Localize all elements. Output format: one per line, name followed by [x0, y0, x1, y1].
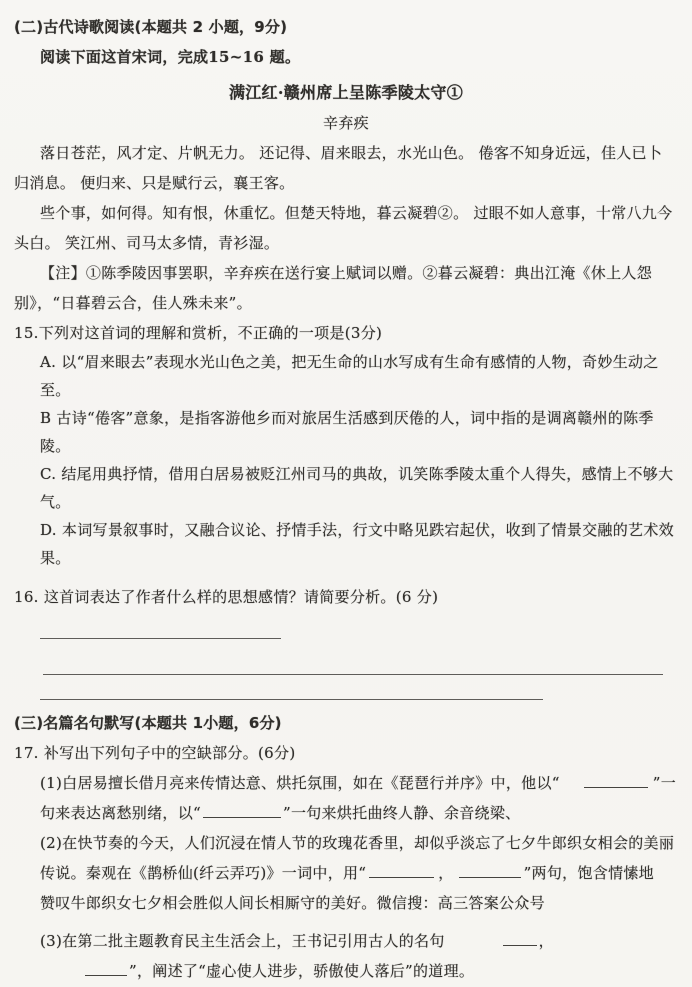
poem-stanza1-line1: 落日苍茫，风才定、片帆无力。 还记得、眉来眼去，水光山色。 倦客不知身近远，佳人…	[14, 138, 686, 168]
item2-line2-tail: ”两句，饱含情愫地	[524, 864, 654, 882]
question-17-item1-line2: 句来表达离愁别绪，以“”一句来烘托曲终人静、余音绕梁、	[14, 798, 686, 828]
fill-blank-underline	[584, 774, 648, 788]
question-15-option-a-line2: 至。	[14, 376, 686, 404]
question-17-item1-line1: (1)白居易擅长借月亮来传情达意、烘托氛围，如在《琵琶行并序》中，他以“”一	[14, 768, 686, 798]
question-16-stem: 16. 这首词表达了作者什么样的思想感情？请简要分析。(6 分)	[14, 582, 686, 612]
item3-line1-text: (3)在第二批主题教育民主生活会上，王书记引用古人的名句	[40, 932, 445, 950]
poem-stanza2-line1: 些个事，如何得。知有恨，休重忆。但楚天特地，暮云凝碧②。 过眼不如人意事，十常八…	[14, 198, 686, 228]
section-iii-heading: (三)名篇名句默写(本题共 1小题，6分)	[14, 708, 686, 738]
question-15-option-a-line1: A. 以“眉来眼去”表现水光山色之美，把无生命的山水写成有生命有感情的人物，奇妙…	[14, 348, 686, 376]
poem-title: 满江红·赣州席上呈陈季陵太守①	[14, 78, 686, 108]
poem-note-line1: 【注】①陈季陵因事罢职，辛弃疾在送行宴上赋词以赠。②暮云凝碧：典出江淹《休上人怨	[14, 258, 686, 288]
question-17-stem: 17. 补写出下列句子中的空缺部分。(6分)	[14, 738, 686, 768]
reading-instruction: 阅读下面这首宋词，完成15~16 题。	[14, 42, 686, 72]
item3-line2-tail: ”，阐述了“虚心使人进步，骄傲使人落后”的道理。	[129, 962, 474, 980]
question-17: 17. 补写出下列句子中的空缺部分。(6分) (1)白居易擅长借月亮来传情达意、…	[14, 738, 686, 986]
question-15-option-c-line1: C. 结尾用典抒情，借用白居易被贬江州司马的典故，讥笑陈季陵太重个人得失，感情上…	[14, 460, 686, 488]
item1-line2-text: 句来表达离愁别绪，以“	[40, 804, 201, 822]
question-15-option-b-line2: 陵。	[14, 432, 686, 460]
item2-line2-text: 传说。秦观在《鹊桥仙(纤云弄巧)》一词中，用“	[40, 864, 366, 882]
answer-line-3	[40, 675, 543, 700]
item3-line1-comma: ，	[539, 932, 554, 950]
poem-stanza1-line2: 归消息。 便归来、只是赋行云，襄王客。	[14, 168, 686, 198]
question-15-option-b-line1: B 古诗“倦客”意象，是指客游他乡而对旅居生活感到厌倦的人，词中指的是调离赣州的…	[14, 404, 686, 432]
item1-line2-tail: ”一句来烘托曲终人静、余音绕梁、	[283, 804, 520, 822]
question-15-stem: 15.下列对这首词的理解和赏析，不正确的一项是(3分)	[14, 318, 686, 348]
item1-line1-tail: ”一	[653, 774, 676, 792]
poem-stanza2-line2: 头白。 笑江州、司马太多情，青衫湿。	[14, 228, 686, 258]
answer-line-1	[40, 612, 281, 639]
question-15-option-d-line2: 果。	[14, 544, 686, 572]
poem-note-line2: 别》，“日暮碧云合，佳人殊未来”。	[14, 288, 686, 318]
question-15-option-c-line2: 气。	[14, 488, 686, 516]
fill-blank-underline	[203, 804, 281, 818]
question-17-item2-line3: 赞叹牛郎织女七夕相会胜似人间长相厮守的美好。微信搜：高三答案公众号	[14, 888, 686, 918]
question-17-item3-line2: ”，阐述了“虚心使人进步，骄傲使人落后”的道理。	[14, 956, 686, 986]
dictation-section: (三)名篇名句默写(本题共 1小题，6分)	[14, 708, 686, 738]
item1-line1-text: (1)白居易擅长借月亮来传情达意、烘托氛围，如在《琵琶行并序》中，他以“	[40, 774, 560, 792]
poetry-reading-section: (二)古代诗歌阅读(本题共 2 小题，9分) 阅读下面这首宋词，完成15~16 …	[14, 12, 686, 318]
section-ii-heading: (二)古代诗歌阅读(本题共 2 小题，9分)	[14, 12, 686, 42]
question-17-item2-line1: (2)在快节奏的今天，人们沉浸在情人节的玫瑰花香里，却似乎淡忘了七夕牛郎织女相会…	[14, 828, 686, 858]
poem-author: 辛弃疾	[14, 108, 686, 138]
exam-page: (二)古代诗歌阅读(本题共 2 小题，9分) 阅读下面这首宋词，完成15~16 …	[0, 0, 692, 987]
fill-blank-underline	[503, 932, 537, 946]
fill-blank-underline	[85, 962, 127, 976]
question-17-item3-line1: (3)在第二批主题教育民主生活会上，王书记引用古人的名句，	[14, 926, 686, 956]
question-15-option-d-line1: D. 本词写景叙事时，又融合议论、抒情手法，行文中略见跌宕起伏，收到了情景交融的…	[14, 516, 686, 544]
question-15: 15.下列对这首词的理解和赏析，不正确的一项是(3分) A. 以“眉来眼去”表现…	[14, 318, 686, 572]
question-16: 16. 这首词表达了作者什么样的思想感情？请简要分析。(6 分)	[14, 582, 686, 700]
answer-line-2	[43, 639, 663, 675]
fill-blank-underline	[459, 864, 521, 878]
item2-line2-comma: ，	[438, 864, 453, 882]
question-17-item2-line2: 传说。秦观在《鹊桥仙(纤云弄巧)》一词中，用“，”两句，饱含情愫地	[14, 858, 686, 888]
fill-blank-underline	[369, 864, 434, 878]
